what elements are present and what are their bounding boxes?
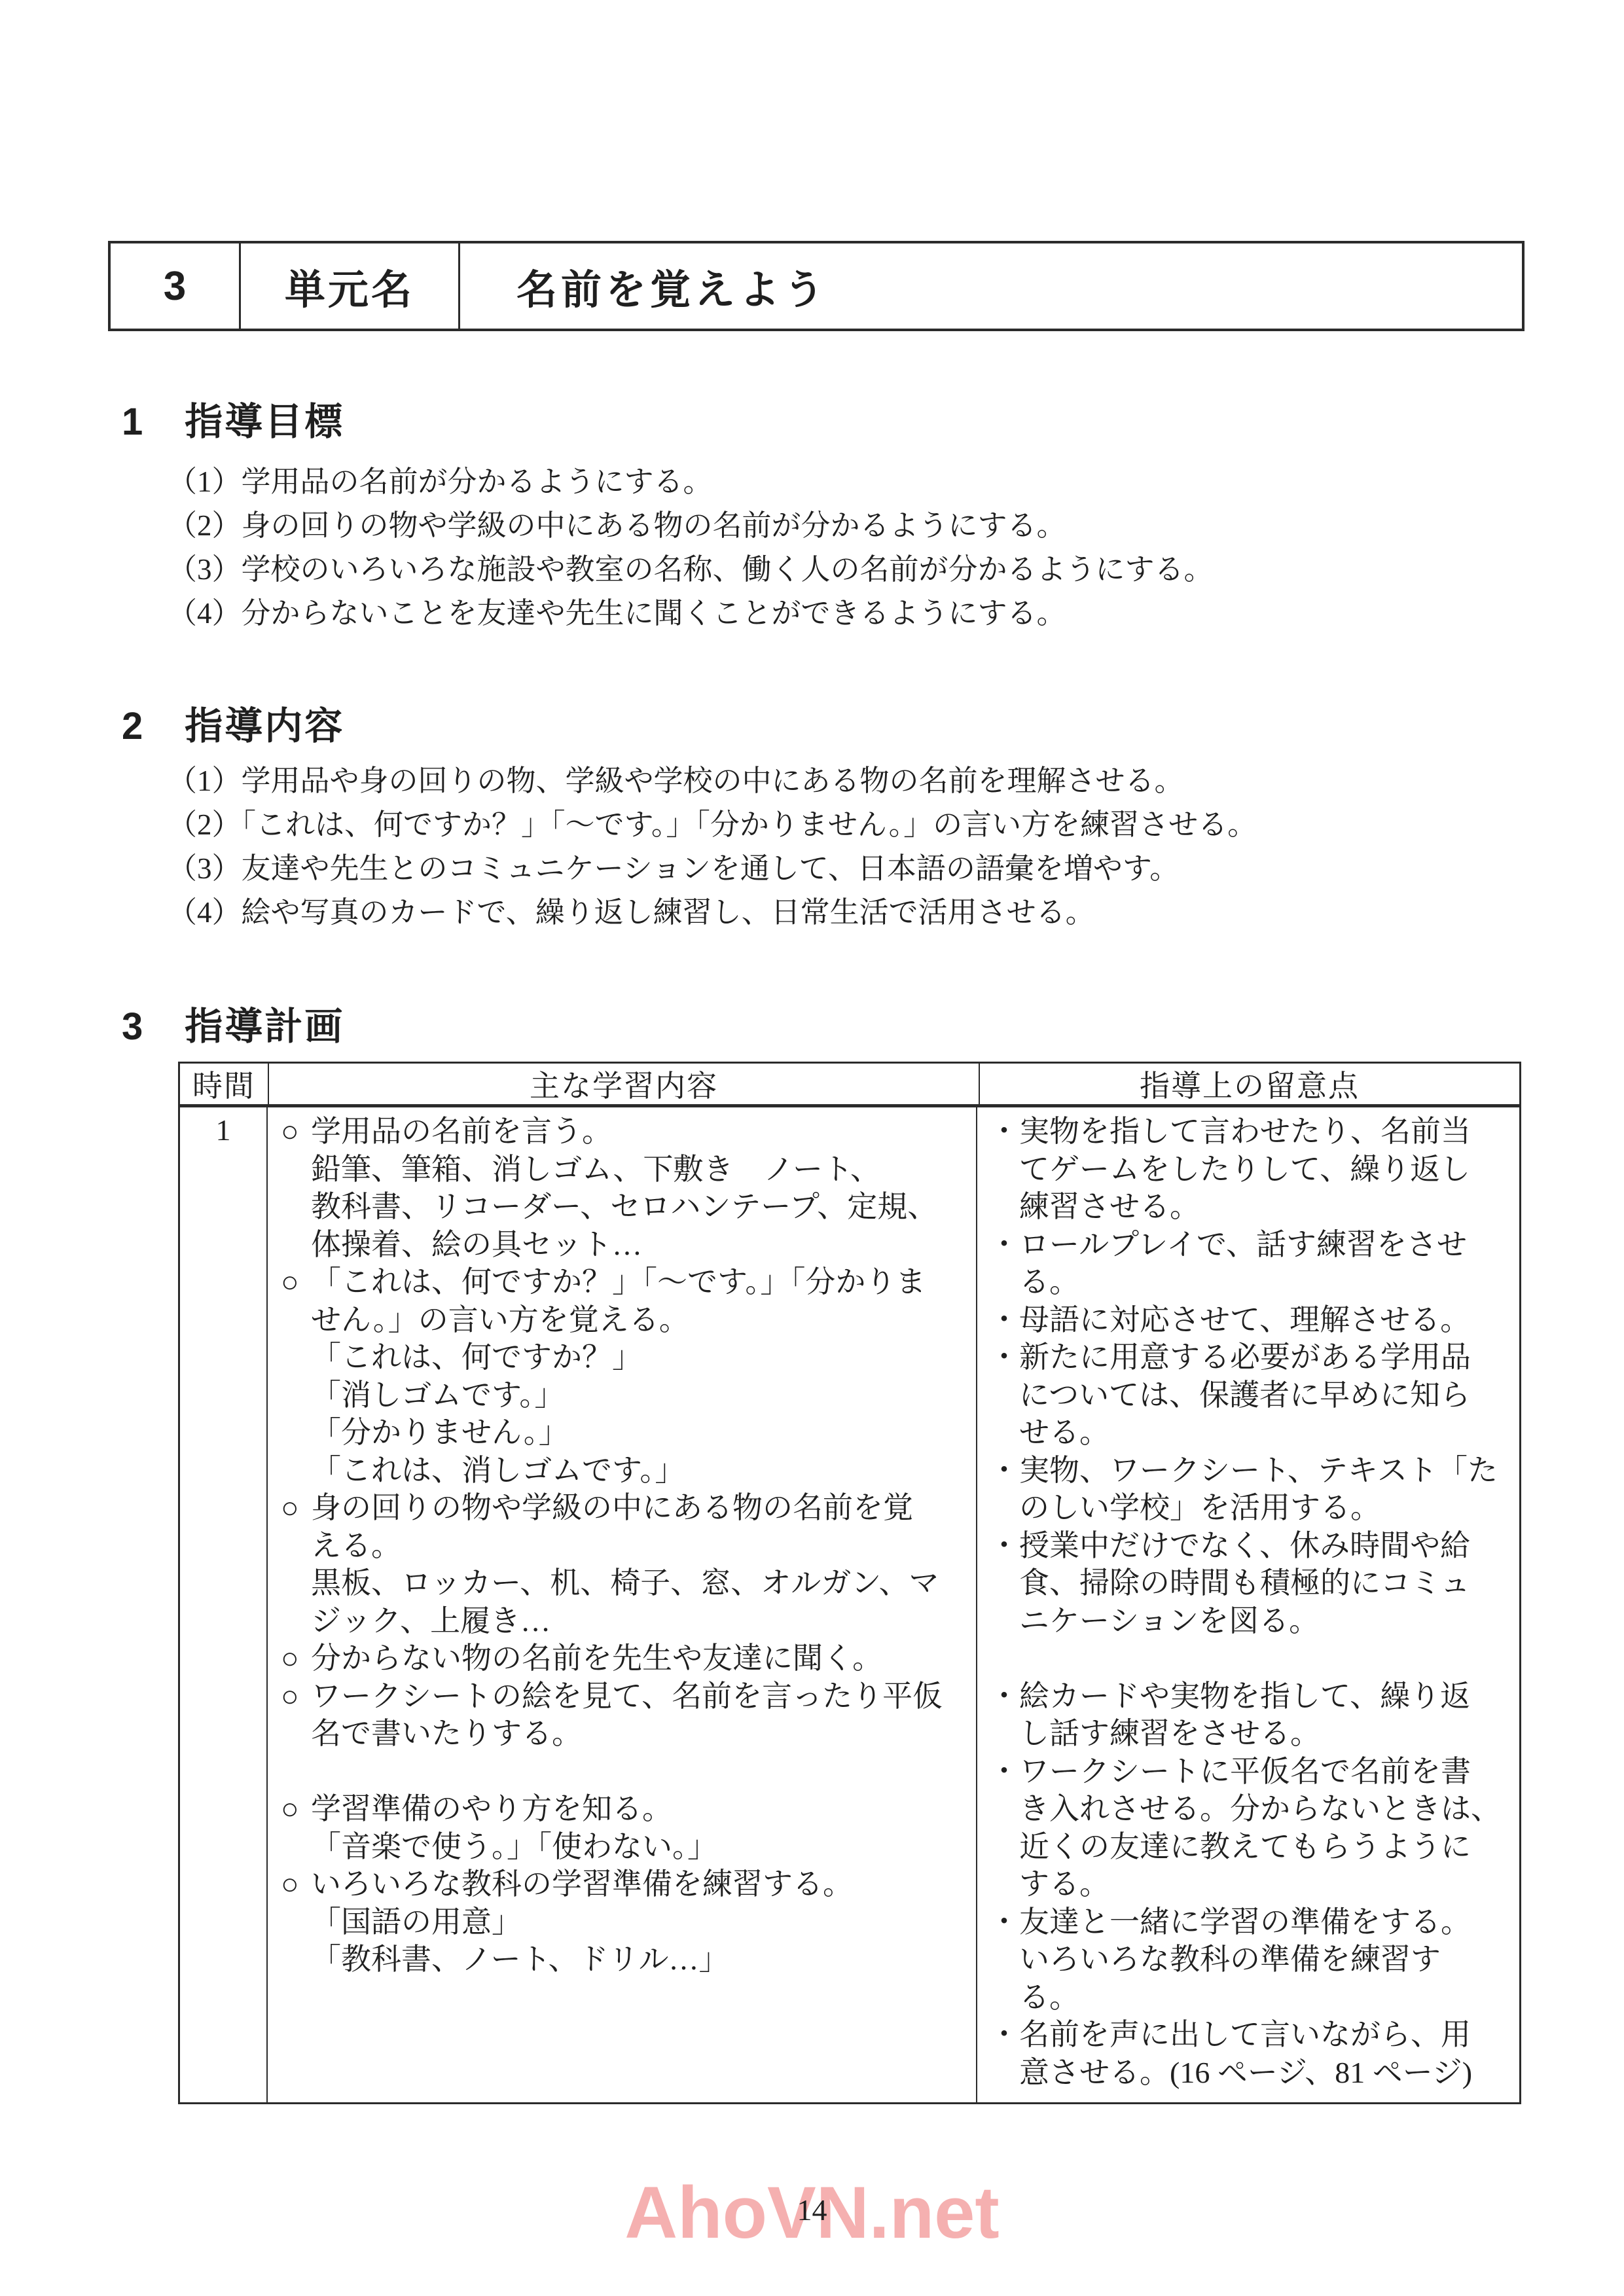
table-line [989, 1640, 1515, 1677]
line-text: 近くの友達に教えてもらうように [1019, 1830, 1471, 1863]
plan-table-header-row: 時間 主な学習内容 指導上の留意点 [180, 1064, 1519, 1107]
contents-list: （1）学用品や身の回りの物、学級や学校の中にある物の名前を理解させる。（2）「こ… [168, 759, 1257, 935]
section-goals-heading: 1 指導目標 [122, 391, 344, 446]
table-line: ○学用品の名前を言う。 [281, 1113, 971, 1151]
table-line: 意させる。(16 ページ、81 ページ) [989, 2054, 1515, 2092]
list-item: （4）絵や写真のカードで、繰り返し練習し、日常生活で活用させる。 [168, 891, 1257, 935]
line-marker: ・ [989, 1113, 1019, 1151]
table-line: ・ロールプレイで、話す練習をさせ [989, 1226, 1515, 1264]
table-line: 「音楽で使う。」「使わない。」 [281, 1828, 971, 1866]
line-text: 黒板、ロッカー、机、椅子、窓、オルガン、マ [311, 1566, 939, 1600]
table-line: し話す練習をさせる。 [989, 1715, 1515, 1753]
line-text: 体操着、絵の具セット… [311, 1228, 642, 1261]
table-line: ・名前を声に出して言いながら、用 [989, 2016, 1515, 2054]
line-text: 「教科書、ノート、ドリル…」 [311, 1943, 729, 1976]
cell-learning-content: ○学用品の名前を言う。鉛筆、筆箱、消しゴム、下敷き ノート、教科書、リコーダー、… [268, 1107, 977, 2102]
list-item: （2）身の回りの物や学級の中にある物の名前が分かるようにする。 [168, 504, 1214, 548]
line-text: き入れさせる。分からないときは、 [1019, 1792, 1501, 1825]
line-marker: ○ [281, 1640, 311, 1677]
line-text: せる。 [1019, 1416, 1110, 1449]
table-line: ・母語に対応させて、理解させる。 [989, 1301, 1515, 1339]
line-text: ロールプレイで、話す練習をさせ [1019, 1228, 1467, 1261]
section-plan-heading: 3 指導計画 [122, 996, 344, 1050]
line-marker: ・ [989, 1527, 1019, 1565]
table-line: える。 [281, 1527, 971, 1565]
unit-number: 3 [111, 243, 241, 329]
line-text: 絵カードや実物を指して、繰り返 [1019, 1679, 1470, 1713]
list-item: （2）「これは、何ですか？」「～です。」「分かりません。」の言い方を練習させる。 [168, 803, 1257, 847]
table-line: ・絵カードや実物を指して、繰り返 [989, 1677, 1515, 1715]
line-text: 新たに用意する必要がある学用品 [1019, 1340, 1471, 1374]
unit-header-box: 3 単元名 名前を覚えよう [108, 241, 1525, 331]
line-marker: ○ [281, 1790, 311, 1828]
line-text: 「音楽で使う。」「使わない。」 [311, 1830, 717, 1863]
line-marker: ○ [281, 1865, 311, 1903]
line-text: 意させる。(16 ページ、81 ページ) [1019, 2056, 1472, 2089]
table-line: ・ワークシートに平仮名で名前を書 [989, 1753, 1515, 1791]
table-line: ○学習準備のやり方を知る。 [281, 1790, 971, 1828]
line-text: 身の回りの物や学級の中にある物の名前を覚 [311, 1491, 913, 1524]
table-line: 「これは、何ですか？」 [281, 1338, 971, 1376]
document-page: 3 単元名 名前を覚えよう 1 指導目標 （1）学用品の名前が分かるようにする。… [0, 0, 1624, 2296]
list-item: （4）分からないことを友達や先生に聞くことができるようにする。 [168, 592, 1214, 636]
table-line: ・実物を指して言わせたり、名前当 [989, 1113, 1515, 1151]
line-marker: ○ [281, 1677, 311, 1715]
line-marker: ・ [989, 1338, 1019, 1376]
table-line [281, 1753, 971, 1791]
table-line: る。 [989, 1979, 1515, 2017]
line-text: 授業中だけでなく、休み時間や給 [1019, 1529, 1470, 1562]
table-line: てゲームをしたりして、繰り返し [989, 1151, 1515, 1189]
line-text: 教科書、リコーダー、セロハンテープ、定規、 [311, 1190, 937, 1223]
table-line: 黒板、ロッカー、机、椅子、窓、オルガン、マ [281, 1564, 971, 1602]
line-text: 分からない物の名前を先生や友達に聞く。 [311, 1641, 882, 1675]
table-line: のしい学校」を活用する。 [989, 1489, 1515, 1527]
line-text: 食、掃除の時間も積極的にコミュ [1019, 1566, 1470, 1600]
unit-label: 単元名 [241, 243, 460, 329]
line-text: 名で書いたりする。 [311, 1717, 582, 1750]
line-text: せん。」の言い方を覚える。 [311, 1303, 689, 1336]
line-text: いろいろな教科の学習準備を練習する。 [311, 1867, 853, 1901]
line-text: 名前を声に出して言いながら、用 [1019, 2018, 1471, 2051]
table-line: る。 [989, 1263, 1515, 1301]
table-line: ○いろいろな教科の学習準備を練習する。 [281, 1865, 971, 1903]
line-text: いろいろな教科の準備を練習す [1019, 1943, 1441, 1976]
list-item: （3）学校のいろいろな施設や教室の名称、働く人の名前が分かるようにする。 [168, 548, 1214, 592]
table-line: する。 [989, 1865, 1515, 1903]
table-line: ○分からない物の名前を先生や友達に聞く。 [281, 1640, 971, 1677]
goals-list: （1）学用品の名前が分かるようにする。（2）身の回りの物や学級の中にある物の名前… [168, 460, 1214, 636]
table-line: については、保護者に早めに知ら [989, 1376, 1515, 1414]
line-marker: ・ [989, 1452, 1019, 1490]
table-line: 「教科書、ノート、ドリル…」 [281, 1941, 971, 1979]
line-marker: ・ [989, 1903, 1019, 1941]
section-contents-heading: 2 指導内容 [122, 695, 344, 750]
table-line: 教科書、リコーダー、セロハンテープ、定規、 [281, 1188, 971, 1226]
table-line: 「これは、消しゴムです。」 [281, 1452, 971, 1490]
cell-time: 1 [180, 1107, 268, 2102]
column-header-notes: 指導上の留意点 [980, 1064, 1519, 1104]
line-text: る。 [1019, 1265, 1079, 1299]
line-text: 実物を指して言わせたり、名前当 [1019, 1115, 1471, 1148]
line-marker: ・ [989, 2016, 1019, 2054]
table-line: き入れさせる。分からないときは、 [989, 1790, 1515, 1828]
line-text: ワークシートに平仮名で名前を書 [1019, 1755, 1471, 1788]
line-text: 実物、ワークシート、テキスト「た [1019, 1454, 1498, 1487]
line-text: する。 [1019, 1867, 1110, 1901]
table-line: ○「これは、何ですか？」「～です。」「分かりま [281, 1263, 971, 1301]
page-number: 14 [0, 2193, 1624, 2227]
line-text: 「これは、何ですか？」「～です。」「分かりま [311, 1265, 926, 1299]
line-text: 「分かりません。」 [311, 1416, 569, 1449]
table-line: ジック、上履き… [281, 1602, 971, 1640]
line-text: 練習させる。 [1019, 1190, 1200, 1223]
line-text: 「国語の用意」 [311, 1905, 522, 1939]
unit-title: 名前を覚えよう [460, 243, 1522, 329]
plan-table-body-row: 1 ○学用品の名前を言う。鉛筆、筆箱、消しゴム、下敷き ノート、教科書、リコーダ… [180, 1107, 1519, 2102]
table-line: 「国語の用意」 [281, 1903, 971, 1941]
table-line: ・友達と一緒に学習の準備をする。 [989, 1903, 1515, 1941]
table-line: いろいろな教科の準備を練習す [989, 1941, 1515, 1979]
table-line: 近くの友達に教えてもらうように [989, 1828, 1515, 1866]
line-text: 「消しゴムです。」 [311, 1378, 564, 1412]
line-marker: ○ [281, 1489, 311, 1527]
column-header-time: 時間 [180, 1064, 269, 1104]
table-line: 「消しゴムです。」 [281, 1376, 971, 1414]
table-line: ・新たに用意する必要がある学用品 [989, 1338, 1515, 1376]
line-marker: ・ [989, 1226, 1019, 1264]
line-text: える。 [311, 1529, 401, 1562]
table-line: せん。」の言い方を覚える。 [281, 1301, 971, 1339]
table-line: ニケーションを図る。 [989, 1602, 1515, 1640]
line-text: ワークシートの絵を見て、名前を言ったり平仮 [311, 1679, 943, 1713]
line-text: のしい学校」を活用する。 [1019, 1491, 1380, 1524]
table-line: 食、掃除の時間も積極的にコミュ [989, 1564, 1515, 1602]
list-item: （1）学用品や身の回りの物、学級や学校の中にある物の名前を理解させる。 [168, 759, 1257, 803]
column-header-learning: 主な学習内容 [269, 1064, 980, 1104]
list-item: （1）学用品の名前が分かるようにする。 [168, 460, 1214, 504]
line-text: る。 [1019, 1981, 1079, 2014]
line-text: てゲームをしたりして、繰り返し [1019, 1153, 1470, 1186]
line-marker: ・ [989, 1677, 1019, 1715]
line-marker: ○ [281, 1263, 311, 1301]
line-text: 母語に対応させて、理解させる。 [1019, 1303, 1470, 1336]
table-line: ・実物、ワークシート、テキスト「た [989, 1452, 1515, 1490]
table-line: 体操着、絵の具セット… [281, 1226, 971, 1264]
line-text: については、保護者に早めに知ら [1019, 1378, 1470, 1412]
line-marker: ○ [281, 1113, 311, 1151]
table-line: 名で書いたりする。 [281, 1715, 971, 1753]
table-line: 鉛筆、筆箱、消しゴム、下敷き ノート、 [281, 1151, 971, 1189]
cell-guidance-notes: ・実物を指して言わせたり、名前当てゲームをしたりして、繰り返し練習させる。・ロー… [977, 1107, 1519, 2102]
table-line: ○身の回りの物や学級の中にある物の名前を覚 [281, 1489, 971, 1527]
plan-table: 時間 主な学習内容 指導上の留意点 1 ○学用品の名前を言う。鉛筆、筆箱、消しゴ… [178, 1062, 1521, 2104]
table-line: 「分かりません。」 [281, 1414, 971, 1452]
line-text: 鉛筆、筆箱、消しゴム、下敷き ノート、 [311, 1153, 880, 1186]
line-text: 「これは、消しゴムです。」 [311, 1454, 685, 1487]
table-line: ○ワークシートの絵を見て、名前を言ったり平仮 [281, 1677, 971, 1715]
line-marker: ・ [989, 1301, 1019, 1339]
line-text: 友達と一緒に学習の準備をする。 [1019, 1905, 1471, 1939]
line-text: 「これは、何ですか？」 [311, 1340, 642, 1374]
list-item: （3）友達や先生とのコミュニケーションを通して、日本語の語彙を増やす。 [168, 847, 1257, 891]
line-text: し話す練習をさせる。 [1019, 1717, 1320, 1750]
line-marker: ・ [989, 1753, 1019, 1791]
line-text: 学習準備のやり方を知る。 [311, 1792, 672, 1825]
line-text: ジック、上履き… [311, 1604, 550, 1638]
line-text: 学用品の名前を言う。 [311, 1115, 612, 1148]
table-line: 練習させる。 [989, 1188, 1515, 1226]
line-text: ニケーションを図る。 [1019, 1604, 1319, 1638]
table-line: せる。 [989, 1414, 1515, 1452]
table-line: ・授業中だけでなく、休み時間や給 [989, 1527, 1515, 1565]
